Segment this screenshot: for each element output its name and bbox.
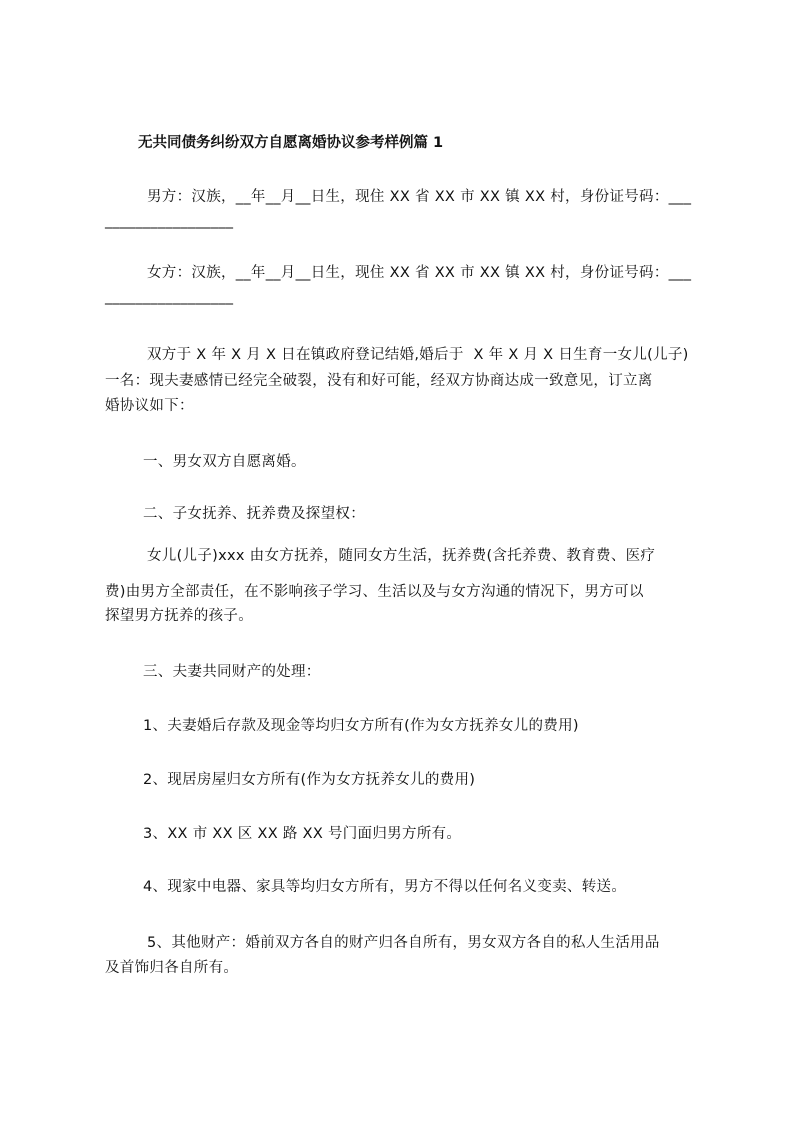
document-page: 无共同债务纠纷双方自愿离婚协议参考样例篇 1 男方：汉族，__年__月__日生，…: [0, 0, 793, 1122]
male-party-line-2: _________________: [105, 211, 233, 231]
male-party-line-1: 男方：汉族，__年__月__日生，现住 XX 省 XX 市 XX 镇 XX 村，…: [147, 187, 691, 207]
document-title: 无共同债务纠纷双方自愿离婚协议参考样例篇 1: [138, 133, 443, 153]
property-item-2: 2、现居房屋归女方所有(作为女方抚养女儿的费用): [143, 770, 475, 790]
property-item-4: 4、现家中电器、家具等均归女方所有，男方不得以任何名义变卖、转送。: [143, 877, 626, 897]
preamble-line-1: 双方于 X 年 X 月 X 日在镇政府登记结婚,婚后于 X 年 X 月 X 日生…: [147, 345, 689, 365]
property-item-5-line-2: 及首饰归各自所有。: [105, 958, 238, 978]
section-1-heading: 一、男女双方自愿离婚。: [143, 452, 306, 472]
female-party-line-2: _________________: [105, 287, 233, 307]
property-item-3: 3、XX 市 XX 区 XX 路 XX 号门面归男方所有。: [143, 824, 461, 844]
property-item-5-line-1: 5、其他财产：婚前双方各自的财产归各自所有，男女双方各自的私人生活用品: [147, 933, 660, 953]
section-2-body-line-2: 费)由男方全部责任，在不影响孩子学习、生活以及与女方沟通的情况下，男方可以: [105, 582, 644, 602]
section-2-body-line-3: 探望男方抚养的孩子。: [105, 606, 253, 626]
preamble-line-2: 一名：现夫妻感情已经完全破裂，没有和好可能，经双方协商达成一致意见，订立离: [105, 371, 653, 391]
preamble-line-3: 婚协议如下：: [105, 396, 194, 416]
section-2-heading: 二、子女抚养、抚养费及探望权：: [143, 504, 365, 524]
section-2-body-line-1: 女儿(儿子)xxx 由女方抚养，随同女方生活，抚养费(含托养费、教育费、医疗: [147, 546, 655, 566]
property-item-1: 1、夫妻婚后存款及现金等均归女方所有(作为女方抚养女儿的费用): [143, 716, 579, 736]
section-3-heading: 三、夫妻共同财产的处理：: [143, 662, 321, 682]
female-party-line-1: 女方：汉族，__年__月__日生，现住 XX 省 XX 市 XX 镇 XX 村，…: [147, 263, 691, 283]
